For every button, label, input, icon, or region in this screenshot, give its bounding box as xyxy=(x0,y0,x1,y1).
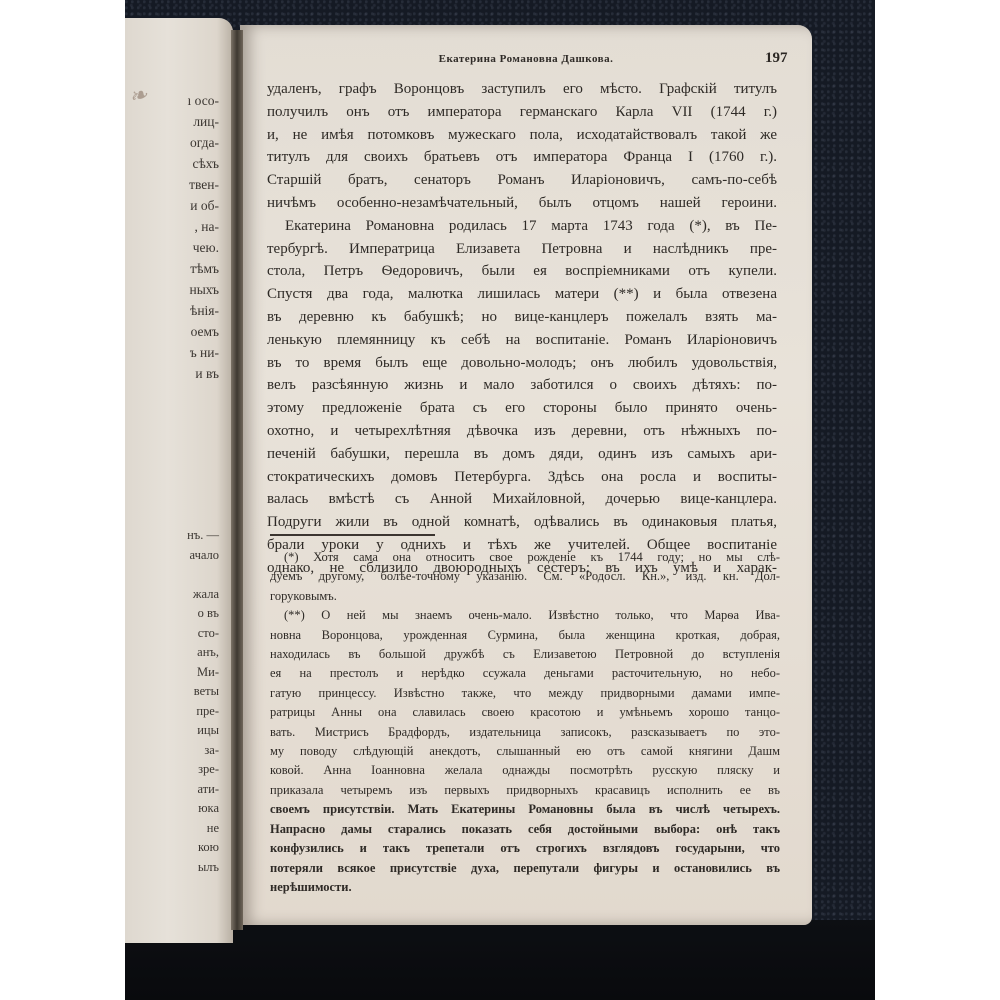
left-page-fragment: за- xyxy=(187,741,219,761)
text-line: валась вмѣстѣ съ Анной Михайловной, доче… xyxy=(267,488,777,511)
footnote-line: своемъ присутствіи. Мать Екатерины Роман… xyxy=(270,800,780,819)
left-page-fragment: ныхъ xyxy=(188,279,219,300)
left-page-fragment: ѣнія- xyxy=(188,300,219,321)
text-line: удаленъ, графъ Воронцовъ заступилъ его м… xyxy=(267,78,777,101)
left-page-fragment: пре- xyxy=(187,702,219,722)
footnote-line: (**) О ней мы знаемъ очень-мало. Извѣстн… xyxy=(270,606,780,625)
left-page-bottom-text: нъ. —ачало жалао въсто-анъ,Ми-ветыпре-иц… xyxy=(187,526,219,877)
text-line: этому предложеніе брата съ его стороны б… xyxy=(267,397,777,420)
footnote-line: горуковымъ. xyxy=(270,587,780,606)
left-page-fragment: ачало xyxy=(187,546,219,566)
left-page-fragment: ъ ни- xyxy=(188,342,219,363)
left-page-fragment: сто- xyxy=(187,624,219,644)
left-page-fragment: о въ xyxy=(187,604,219,624)
left-page-fragment: , на- xyxy=(188,216,219,237)
text-line: Екатерина Романовна родилась 17 марта 17… xyxy=(267,215,777,238)
left-page-fragment: жала xyxy=(187,585,219,605)
text-line: печеній бабушки, перешла въ домъ дяди, о… xyxy=(267,443,777,466)
left-page-fragment: огда- xyxy=(188,132,219,153)
text-line: титулъ для своихъ братьевъ отъ император… xyxy=(267,146,777,169)
footnote-line: приказала четыремъ изъ первыхъ придворны… xyxy=(270,781,780,800)
left-page-fragment: сѣхъ xyxy=(188,153,219,174)
left-page-fragment: веты xyxy=(187,682,219,702)
left-page-fragment: ати- xyxy=(187,780,219,800)
left-page-fragment: Ми- xyxy=(187,663,219,683)
footnote-line: вать. Мистрисъ Брадфордъ, издательница з… xyxy=(270,723,780,742)
main-text: удаленъ, графъ Воронцовъ заступилъ его м… xyxy=(267,78,777,580)
footnote-line: гатую принцессу. Извѣстно также, что меж… xyxy=(270,684,780,703)
text-line: велъ разсѣянную жизнь и мало заботился о… xyxy=(267,374,777,397)
left-page-fragment xyxy=(187,565,219,585)
footnote-line: ковой. Анна Іоанновна желала однажды пос… xyxy=(270,761,780,780)
page-number: 197 xyxy=(765,50,788,67)
pencil-mark: ❧ xyxy=(126,81,149,110)
footnote-separator xyxy=(270,534,435,536)
left-page: ❧ ı осо-лиц-огда-сѣхътвен-и об-, на-чею.… xyxy=(125,18,233,943)
left-page-fragment: и въ xyxy=(188,363,219,384)
footnote-line: му поводу слѣдующій анекдотъ, слышанный … xyxy=(270,742,780,761)
left-page-fragment: твен- xyxy=(188,174,219,195)
left-page-fragment: ылъ xyxy=(187,858,219,878)
footnote-line: новна Воронцова, урожденная Сурмина, был… xyxy=(270,626,780,645)
footnotes: (*) Хотя сама она относитъ свое рожденіе… xyxy=(270,548,780,897)
left-page-fragment: чею. xyxy=(188,237,219,258)
text-line: тербургѣ. Императрица Елизавета Петровна… xyxy=(267,238,777,261)
text-line: стократическихъ домовъ Петербурга. Здѣсь… xyxy=(267,466,777,489)
left-page-top-text: ı осо-лиц-огда-сѣхътвен-и об-, на-чею.тѣ… xyxy=(188,90,219,384)
left-page-fragment: анъ, xyxy=(187,643,219,663)
text-line: ленькую племянницу къ себѣ на воспитаніе… xyxy=(267,329,777,352)
left-page-fragment: не xyxy=(187,819,219,839)
left-page-fragment: оемъ xyxy=(188,321,219,342)
left-page-fragment: зре- xyxy=(187,760,219,780)
text-line: въ деревню къ бабушкѣ; но вице-канцлеръ … xyxy=(267,306,777,329)
running-head: Екатерина Романовна Дашкова. xyxy=(240,53,812,65)
left-page-fragment: кою xyxy=(187,838,219,858)
left-page-fragment: тѣмъ xyxy=(188,258,219,279)
footnote-line: дуемъ другому, болѣе-точному указанію. С… xyxy=(270,567,780,586)
left-page-fragment: ı осо- xyxy=(188,90,219,111)
text-line: и, не имѣя потомковъ мужескаго пола, исх… xyxy=(267,124,777,147)
footnote-line: потеряли всякое присутствіе духа, перепу… xyxy=(270,859,780,878)
text-line: стола, Петръ Ѳедоровичъ, были ея воспріе… xyxy=(267,260,777,283)
text-line: ничѣмъ особенно-незамѣчательный, былъ от… xyxy=(267,192,777,215)
book-gutter xyxy=(231,30,243,930)
left-page-fragment: лиц- xyxy=(188,111,219,132)
text-line: охотно, и четырехлѣтняя дѣвочка изъ дере… xyxy=(267,420,777,443)
left-page-fragment: юка xyxy=(187,799,219,819)
footnote-line: конфузились и такъ трепетали отъ строгих… xyxy=(270,839,780,858)
footnote-line: нерѣшимости. xyxy=(270,878,780,897)
footnote-line: Напрасно дамы старались показать себя до… xyxy=(270,820,780,839)
footnote-line: (*) Хотя сама она относитъ свое рожденіе… xyxy=(270,548,780,567)
text-line: Подруги жили въ одной комнатѣ, одѣвались… xyxy=(267,511,777,534)
footnote-line: ея на престолъ и нерѣдко ссужала деньгам… xyxy=(270,664,780,683)
text-line: Спустя два года, малютка лишилась матери… xyxy=(267,283,777,306)
footnote-line: находилась въ большой дружбѣ съ Елизавет… xyxy=(270,645,780,664)
text-line: въ то время былъ еще довольно-молодъ; он… xyxy=(267,352,777,375)
text-line: Старшій братъ, сенаторъ Романъ Иларіонов… xyxy=(267,169,777,192)
left-page-fragment: ицы xyxy=(187,721,219,741)
left-page-fragment: нъ. — xyxy=(187,526,219,546)
book-photo: ❧ ı осо-лиц-огда-сѣхътвен-и об-, на-чею.… xyxy=(125,0,875,1000)
left-page-fragment: и об- xyxy=(188,195,219,216)
text-line: получилъ онъ отъ императора германскаго … xyxy=(267,101,777,124)
footnote-line: ратрицы Анны она славилась своею красото… xyxy=(270,703,780,722)
